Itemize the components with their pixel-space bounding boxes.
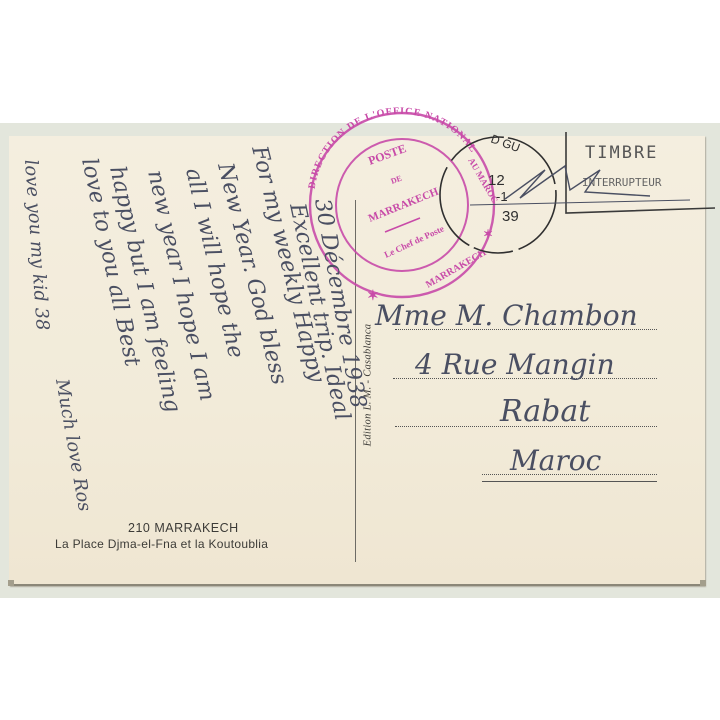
svg-text:12: 12	[488, 172, 505, 189]
svg-text:Rabat: Rabat	[499, 394, 591, 429]
svg-text:Mme M. Chambon: Mme M. Chambon	[374, 299, 638, 332]
date-postmark: 12 -1 39 D GU	[440, 132, 556, 253]
svg-text:Much love Ros: Much love Ros	[51, 376, 95, 513]
svg-text:MARRAKECH: MARRAKECH	[367, 186, 441, 225]
ink-overlay: POSTE DE MARRAKECH Le Chef de Poste DIRE…	[0, 0, 720, 720]
svg-text:4 Rue Mangin: 4 Rue Mangin	[414, 348, 615, 381]
svg-text:TIMBRE: TIMBRE	[585, 143, 658, 163]
svg-text:DE: DE	[390, 174, 404, 186]
handwritten-address: Mme M. Chambon 4 Rue Mangin Rabat Maroc	[374, 299, 638, 477]
svg-text:love you my kid 38: love you my kid 38	[20, 159, 53, 331]
svg-text:MARRAKECH: MARRAKECH	[424, 247, 488, 291]
svg-text:✶: ✶	[483, 227, 493, 241]
svg-text:39: 39	[502, 208, 519, 225]
handwritten-message: 30 Décembre 1938 Excellent trip. Ideal F…	[20, 142, 371, 513]
svg-text:Maroc: Maroc	[509, 444, 602, 477]
svg-text:-1: -1	[496, 189, 508, 204]
svg-text:D GU: D GU	[489, 132, 522, 155]
